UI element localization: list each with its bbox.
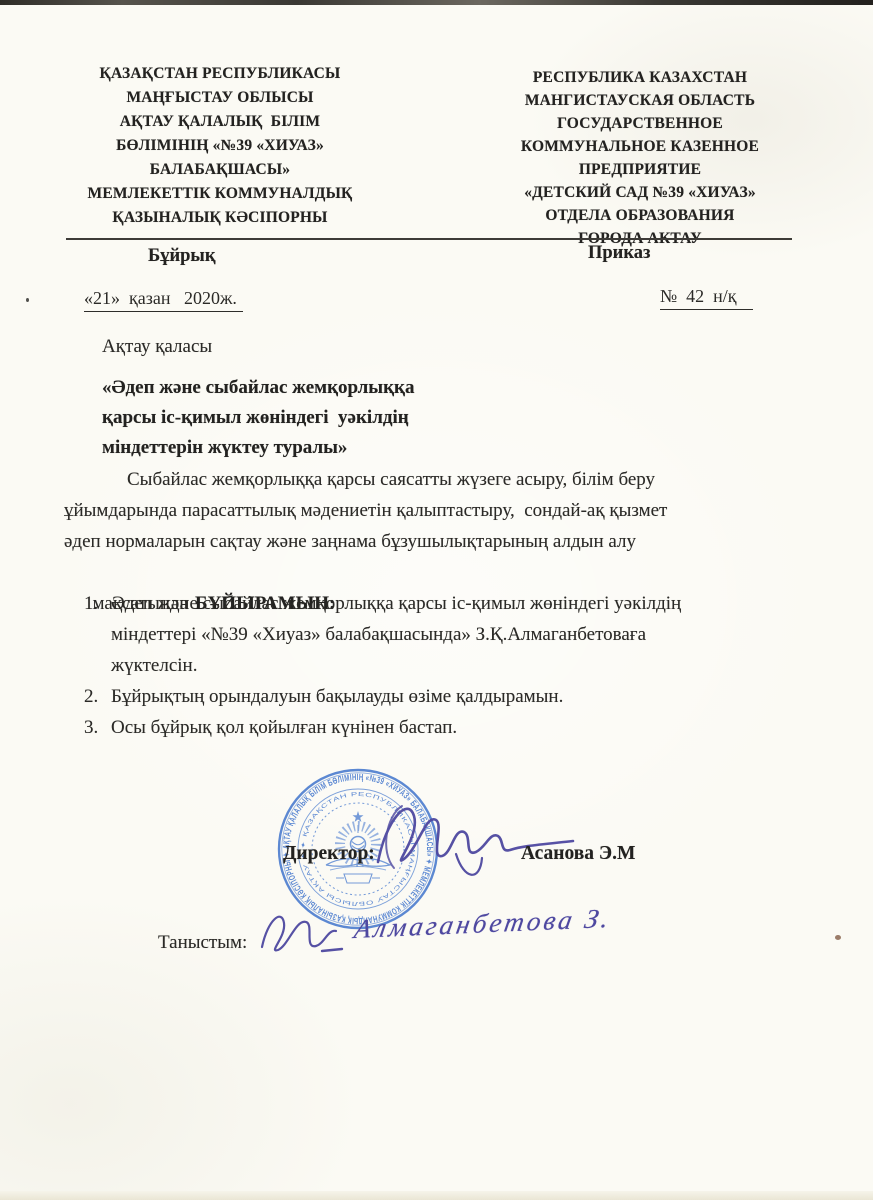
letterhead-line: ОТДЕЛА ОБРАЗОВАНИЯ (472, 204, 808, 227)
paragraph-line: әдеп нормаларын сақтау және заңнама бұзу… (64, 526, 804, 557)
item-number: 2. (84, 681, 111, 712)
item-line: Осы бұйрық қол қойылған күнінен бастап. (111, 712, 457, 743)
letterhead-line: ҚАЗЫНАЛЫҚ КӘСІПОРНЫ (70, 206, 370, 230)
director-label: Директор: (283, 843, 375, 865)
letterhead-line: БАЛАБАҚШАСЫ» (70, 158, 370, 182)
acknowledged-label: Таныстым: (158, 927, 247, 958)
order-item: 2. Бұйрықтың орындалуын бақылауды өзіме … (84, 681, 814, 712)
paragraph-line: Сыбайлас жемқорлыққа қарсы саясатты жүзе… (64, 464, 804, 495)
letterhead-line: БӨЛІМІНІҢ «№39 «ХИУАЗ» (70, 134, 370, 158)
subject-line: қарсы іс-қимыл жөніндегі уәкілдің (102, 403, 415, 433)
director-handwritten-signature (368, 792, 583, 892)
order-number: № 42 н/қ (660, 286, 753, 310)
scan-artifact-dot (26, 298, 29, 302)
letterhead-kazakh: ҚАЗАҚСТАН РЕСПУБЛИКАСЫ МАҢҒЫСТАУ ОБЛЫСЫ … (70, 62, 370, 230)
acknowledged-signature-flourish (256, 905, 356, 963)
item-number: 3. (84, 712, 111, 743)
director-name: Асанова Э.М (521, 843, 635, 865)
letterhead-line: КОММУНАЛЬНОЕ КАЗЕННОЕ (472, 135, 808, 158)
item-line: Бұйрықтың орындалуын бақылауды өзіме қал… (111, 681, 563, 712)
order-label-kazakh: Бұйрық (148, 246, 216, 267)
item-line: міндеттері «№39 «Хиуаз» балабақшасында» … (111, 619, 681, 650)
scan-artifact-bottom-band (0, 1191, 873, 1200)
letterhead-line: «ДЕТСКИЙ САД №39 «ХИУАЗ» (472, 181, 808, 204)
order-subject: «Әдеп және сыбайлас жемқорлыққа қарсы іс… (102, 373, 415, 463)
item-text: Осы бұйрық қол қойылған күнінен бастап. (111, 712, 457, 743)
letterhead-line: АҚТАУ ҚАЛАЛЫҚ БІЛІМ (70, 110, 370, 134)
paragraph-line: ұйымдарында парасаттылық мәдениетін қалы… (64, 495, 804, 526)
order-items: 1. Әдеп және сыбайлас жемқорлыққа қарсы … (84, 588, 814, 743)
letterhead-line: МАНГИСТАУСКАЯ ОБЛАСТЬ (472, 89, 808, 112)
item-text: Бұйрықтың орындалуын бақылауды өзіме қал… (111, 681, 563, 712)
letterhead-line: ҚАЗАҚСТАН РЕСПУБЛИКАСЫ (70, 62, 370, 86)
order-date: «21» қазан 2020ж. (84, 288, 243, 312)
item-line: жүктелсін. (111, 650, 681, 681)
letterhead-line: МАҢҒЫСТАУ ОБЛЫСЫ (70, 86, 370, 110)
item-text: Әдеп және сыбайлас жемқорлыққа қарсы іс-… (111, 588, 681, 681)
letterhead-russian: РЕСПУБЛИКА КАЗАХСТАН МАНГИСТАУСКАЯ ОБЛАС… (472, 66, 808, 250)
order-item: 3. Осы бұйрық қол қойылған күнінен баста… (84, 712, 814, 743)
subject-line: «Әдеп және сыбайлас жемқорлыққа (102, 373, 415, 403)
letterhead-line: ГОСУДАРСТВЕННОЕ (472, 112, 808, 135)
letterhead-line: МЕМЛЕКЕТТІК КОММУНАЛДЫҚ (70, 182, 370, 206)
letterhead-line: РЕСПУБЛИКА КАЗАХСТАН (472, 66, 808, 89)
item-line: Әдеп және сыбайлас жемқорлыққа қарсы іс-… (111, 588, 681, 619)
item-number: 1. (84, 588, 111, 681)
scanned-order-document: ҚАЗАҚСТАН РЕСПУБЛИКАСЫ МАҢҒЫСТАУ ОБЛЫСЫ … (0, 0, 873, 1200)
order-item: 1. Әдеп және сыбайлас жемқорлыққа қарсы … (84, 588, 814, 681)
city-line: Ақтау қаласы (102, 331, 212, 362)
header-divider-line (66, 238, 792, 240)
order-label-russian: Приказ (588, 243, 650, 264)
subject-line: міндеттерін жүктеу туралы» (102, 433, 415, 463)
scan-artifact-dot (835, 935, 841, 940)
scan-artifact-top-band (0, 0, 873, 5)
letterhead-line: ПРЕДПРИЯТИЕ (472, 158, 808, 181)
